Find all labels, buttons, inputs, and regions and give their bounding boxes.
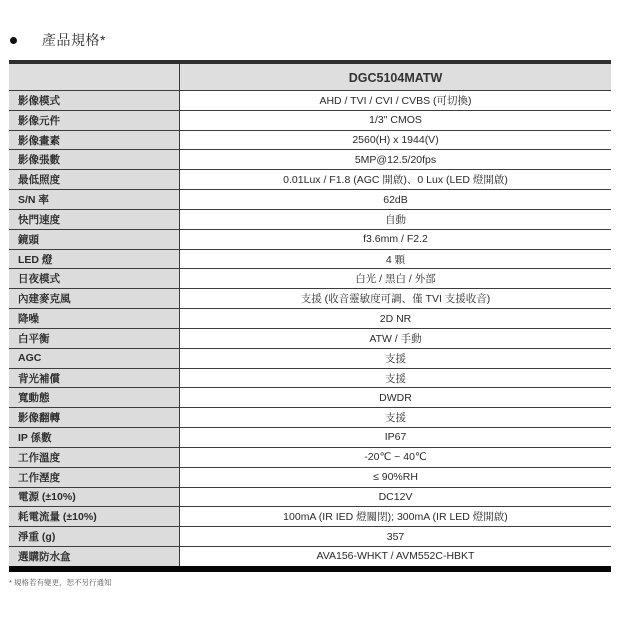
- table-row: AGC 支援: [9, 348, 611, 368]
- spec-value: ≤ 90%RH: [180, 468, 611, 487]
- section-title: 產品規格*: [42, 31, 106, 49]
- spec-label: 背光補償: [9, 369, 180, 388]
- table-row: 白平衡 ATW / 手動: [9, 328, 611, 348]
- spec-value: 62dB: [180, 190, 611, 209]
- model-name: DGC5104MATW: [180, 64, 611, 90]
- table-row: 工作溼度 ≤ 90%RH: [9, 467, 611, 487]
- spec-value: 100mA (IR IED 燈關閉); 300mA (IR LED 燈開啟): [180, 507, 611, 526]
- header-label-cell: [9, 64, 180, 90]
- spec-label: 內建麥克風: [9, 289, 180, 308]
- table-row: 選購防水盒 AVA156-WHKT / AVM552C-HBKT: [9, 546, 611, 566]
- section-heading: 產品規格*: [0, 30, 300, 50]
- spec-value: AHD / TVI / CVI / CVBS (可切換): [180, 91, 611, 110]
- spec-value: 支援: [180, 369, 611, 388]
- spec-label: IP 係數: [9, 428, 180, 447]
- table-row: 影像畫素 2560(H) x 1944(V): [9, 130, 611, 150]
- table-row: LED 燈 4 顆: [9, 249, 611, 269]
- spec-label: 耗電流量 (±10%): [9, 507, 180, 526]
- spec-label: 淨重 (g): [9, 527, 180, 546]
- spec-value: DC12V: [180, 488, 611, 507]
- spec-label: 選購防水盒: [9, 547, 180, 566]
- spec-label: 降噪: [9, 309, 180, 328]
- table-row: 鏡頭 f3.6mm / F2.2: [9, 229, 611, 249]
- table-row: 影像翻轉 支援: [9, 407, 611, 427]
- spec-label: 快門速度: [9, 210, 180, 229]
- spec-value: 5MP@12.5/20fps: [180, 150, 611, 169]
- spec-label: 鏡頭: [9, 230, 180, 249]
- spec-value: 0.01Lux / F1.8 (AGC 開啟)、0 Lux (LED 燈開啟): [180, 170, 611, 189]
- table-row: 淨重 (g) 357: [9, 526, 611, 546]
- table-row: 日夜模式 白光 / 黑白 / 外部: [9, 268, 611, 288]
- spec-value: 自動: [180, 210, 611, 229]
- spec-value: 支援: [180, 408, 611, 427]
- spec-table: DGC5104MATW 影像模式 AHD / TVI / CVI / CVBS …: [9, 60, 611, 572]
- spec-label: 日夜模式: [9, 269, 180, 288]
- spec-value: 1/3" CMOS: [180, 111, 611, 130]
- table-row: 工作溫度 -20℃ ~ 40℃: [9, 447, 611, 467]
- spec-value: DWDR: [180, 388, 611, 407]
- table-row: 耗電流量 (±10%) 100mA (IR IED 燈關閉); 300mA (I…: [9, 506, 611, 526]
- table-row: IP 係數 IP67: [9, 427, 611, 447]
- spec-label: AGC: [9, 349, 180, 368]
- spec-label: 影像張數: [9, 150, 180, 169]
- spec-label: 寬動態: [9, 388, 180, 407]
- spec-label: 影像模式: [9, 91, 180, 110]
- spec-value: 4 顆: [180, 250, 611, 269]
- table-row: S/N 率 62dB: [9, 189, 611, 209]
- table-row: 影像模式 AHD / TVI / CVI / CVBS (可切換): [9, 90, 611, 110]
- spec-value: -20℃ ~ 40℃: [180, 448, 611, 467]
- spec-label: LED 燈: [9, 250, 180, 269]
- table-row: 影像元件 1/3" CMOS: [9, 110, 611, 130]
- spec-label: 工作溫度: [9, 448, 180, 467]
- spec-value: IP67: [180, 428, 611, 447]
- spec-label: 影像畫素: [9, 131, 180, 150]
- spec-value: 白光 / 黑白 / 外部: [180, 269, 611, 288]
- table-row: 最低照度 0.01Lux / F1.8 (AGC 開啟)、0 Lux (LED …: [9, 169, 611, 189]
- table-row: 內建麥克風 支援 (收音靈敏度可調、僅 TVI 支援收音): [9, 288, 611, 308]
- table-row: 背光補償 支援: [9, 368, 611, 388]
- spec-label: 最低照度: [9, 170, 180, 189]
- table-header-row: DGC5104MATW: [9, 64, 611, 90]
- spec-value: ATW / 手動: [180, 329, 611, 348]
- spec-label: 白平衡: [9, 329, 180, 348]
- spec-label: 電源 (±10%): [9, 488, 180, 507]
- spec-value: f3.6mm / F2.2: [180, 230, 611, 249]
- footnote: * 規格若有變更，恕不另行通知: [9, 577, 112, 588]
- spec-label: 影像元件: [9, 111, 180, 130]
- spec-value: 2560(H) x 1944(V): [180, 131, 611, 150]
- table-row: 寬動態 DWDR: [9, 387, 611, 407]
- table-row: 降噪 2D NR: [9, 308, 611, 328]
- table-row: 電源 (±10%) DC12V: [9, 487, 611, 507]
- spec-value: 357: [180, 527, 611, 546]
- spec-label: 影像翻轉: [9, 408, 180, 427]
- spec-label: S/N 率: [9, 190, 180, 209]
- table-row: 影像張數 5MP@12.5/20fps: [9, 149, 611, 169]
- spec-value: 支援: [180, 349, 611, 368]
- table-row: 快門速度 自動: [9, 209, 611, 229]
- spec-value: 支援 (收音靈敏度可調、僅 TVI 支援收音): [180, 289, 611, 308]
- bullet-icon: [10, 37, 17, 44]
- spec-value: 2D NR: [180, 309, 611, 328]
- spec-value: AVA156-WHKT / AVM552C-HBKT: [180, 547, 611, 566]
- spec-label: 工作溼度: [9, 468, 180, 487]
- table-bottom-rule: [9, 566, 611, 572]
